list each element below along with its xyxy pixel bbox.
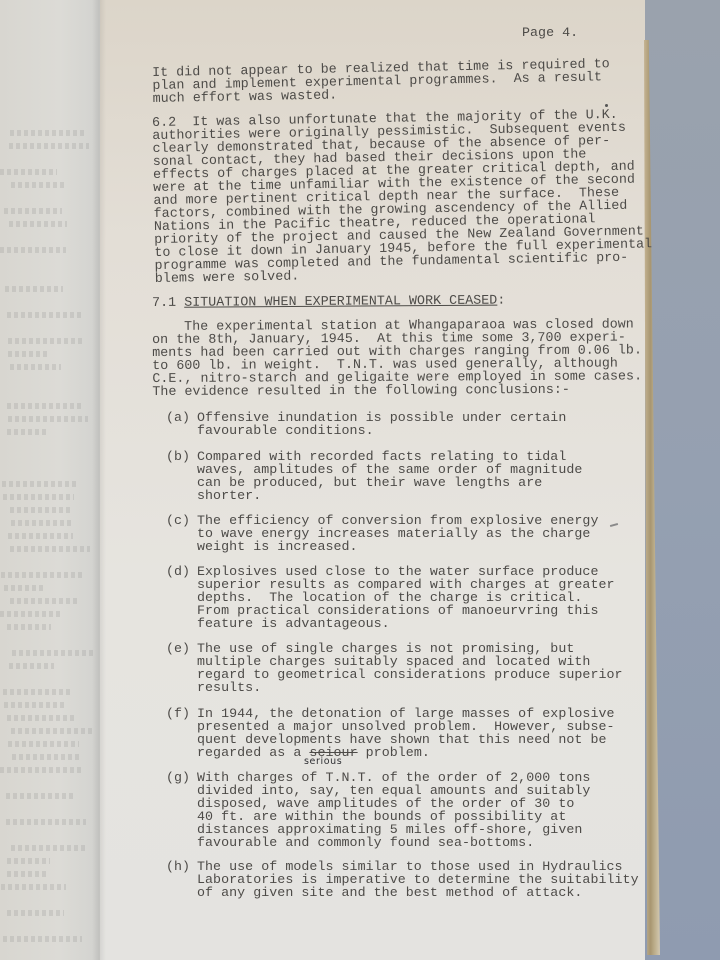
section-6-2-paragraph: 6.2 It was also unfortunate that the maj…: [152, 107, 653, 285]
conclusion-label: (g): [166, 771, 190, 784]
page-number: Page 4.: [522, 26, 578, 39]
conclusion-text: In 1944, the detonation of large masses …: [197, 707, 615, 759]
ghost-text-line: [5, 286, 63, 292]
ghost-text-line: [8, 338, 83, 344]
ghost-text-line: [11, 845, 86, 851]
ghost-text-line: [11, 728, 93, 734]
ghost-text-line: [7, 403, 83, 409]
ghost-text-line: [0, 169, 57, 175]
conclusion-label: (b): [166, 450, 190, 463]
ghost-text-line: [0, 767, 83, 773]
ghost-text-line: [4, 208, 62, 214]
conclusion-label: (c): [166, 514, 190, 527]
conclusion-text: The use of models similar to those used …: [197, 860, 639, 899]
conclusion-label: (h): [166, 860, 190, 873]
handwritten-correction: serious: [304, 756, 342, 767]
ghost-text-line: [7, 910, 65, 916]
ghost-text-line: [7, 429, 47, 435]
ghost-text-line: [9, 143, 89, 149]
ghost-text-line: [9, 663, 54, 669]
ghost-text-line: [6, 819, 86, 825]
ghost-text-line: [0, 247, 66, 253]
conclusion-label: (a): [166, 411, 190, 424]
conclusion-text: The efficiency of conversion from explos…: [197, 514, 598, 553]
ghost-text-line: [2, 481, 77, 487]
ghost-text-line: [8, 351, 50, 357]
ghost-text-line: [3, 494, 74, 500]
ghost-text-line: [12, 754, 81, 760]
ghost-text-line: [7, 858, 50, 864]
ghost-text-line: [4, 585, 47, 591]
page-fold-shadow: [92, 0, 106, 960]
ghost-text-line: [7, 871, 49, 877]
ghost-text-line: [8, 533, 73, 539]
ghost-text-line: [7, 624, 51, 630]
ghost-text-line: [10, 546, 90, 552]
conclusion-text: Offensive inundation is possible under c…: [197, 411, 566, 437]
ghost-text-line: [10, 364, 61, 370]
conclusion-label: (d): [166, 565, 190, 578]
ghost-text-line: [10, 130, 86, 136]
conclusion-text: Compared with recorded facts relating to…: [197, 450, 582, 502]
ghost-text-line: [3, 689, 71, 695]
ghost-text-line: [8, 741, 79, 747]
ghost-text-line: [6, 793, 74, 799]
ghost-text-line: [12, 650, 96, 656]
ghost-text-line: [3, 936, 82, 942]
conclusion-text: With charges of T.N.T. of the order of 2…: [197, 771, 590, 849]
section-number: 7.1: [152, 295, 184, 310]
ghost-text-line: [10, 598, 79, 604]
ghost-text-line: [1, 572, 85, 578]
ghost-text-line: [1, 884, 67, 890]
section-title-suffix: :: [497, 293, 505, 308]
ghost-text-line: [7, 312, 84, 318]
ghost-text-line: [9, 221, 67, 227]
ghost-text-line: [0, 611, 59, 617]
ghost-text-line: [10, 507, 72, 513]
conclusion-label: (f): [166, 707, 190, 720]
ghost-text-line: [11, 520, 74, 526]
ghost-text-line: [4, 702, 65, 708]
conclusion-label: (e): [166, 642, 190, 655]
ghost-text-line: [7, 715, 76, 721]
section-title: SITUATION WHEN EXPERIMENTAL WORK CEASED: [184, 293, 497, 310]
section-7-1-heading: 7.1 SITUATION WHEN EXPERIMENTAL WORK CEA…: [152, 294, 505, 309]
conclusion-text: Explosives used close to the water surfa…: [197, 565, 615, 630]
section-7-1-paragraph: The experimental station at Whangaparaoa…: [152, 317, 642, 398]
ghost-text-line: [8, 416, 88, 422]
conclusion-text: The use of single charges is not promisi…: [197, 642, 623, 694]
ghost-text-line: [11, 182, 67, 188]
underlying-page: [0, 0, 100, 960]
